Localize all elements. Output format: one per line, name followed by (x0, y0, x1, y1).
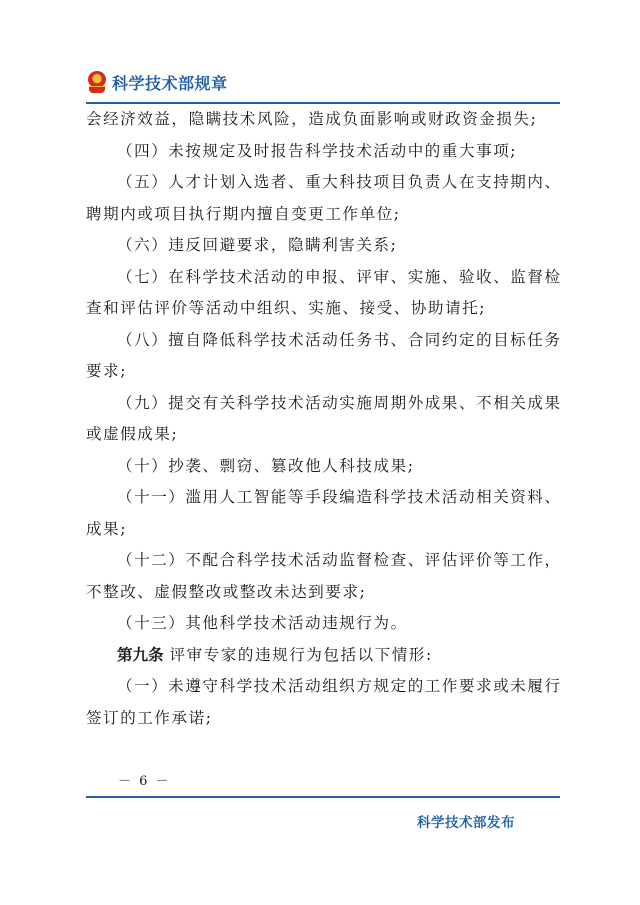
text-line: （八）擅自降低科学技术活动任务书、合同约定的目标任务 (86, 325, 562, 357)
text-line: 不整改、虚假整改或整改未达到要求; (86, 577, 562, 609)
text-line: （四）未按规定及时报告科学技术活动中的重大事项; (86, 136, 562, 168)
text-line: 聘期内或项目执行期内擅自变更工作单位; (86, 199, 562, 231)
document-header: 科学技术部规章 (86, 66, 228, 98)
text-line: 签订的工作承诺; (86, 703, 562, 735)
national-emblem-icon (86, 70, 108, 94)
text-line: （十一）滥用人工智能等手段编造科学技术活动相关资料、 (86, 482, 562, 514)
text-line: （六）违反回避要求，隐瞒利害关系; (86, 230, 562, 262)
text-line: （九）提交有关科学技术活动实施周期外成果、不相关成果 (86, 388, 562, 420)
text-line: 或虚假成果; (86, 419, 562, 451)
page-number: － 6 － (118, 770, 171, 789)
text-line: （十）抄袭、剽窃、篡改他人科技成果; (86, 451, 562, 483)
text-line: （一）未遵守科学技术活动组织方规定的工作要求或未履行 (86, 671, 562, 703)
header-title: 科学技术部规章 (112, 71, 228, 94)
text-line: 成果; (86, 514, 562, 546)
document-body: 会经济效益，隐瞒技术风险，造成负面影响或财政资金损失; （四）未按规定及时报告科… (86, 104, 562, 734)
text-line: （五）人才计划入选者、重大科技项目负责人在支持期内、 (86, 167, 562, 199)
text-line: （七）在科学技术活动的申报、评审、实施、验收、监督检 (86, 262, 562, 294)
text-line: 要求; (86, 356, 562, 388)
text-line: 会经济效益，隐瞒技术风险，造成负面影响或财政资金损失; (86, 104, 562, 136)
text-line: （十三）其他科学技术活动违规行为。 (86, 608, 562, 640)
publisher-footer: 科学技术部发布 (417, 811, 515, 831)
article-heading-line: 第九条评审专家的违规行为包括以下情形: (86, 640, 562, 672)
article-label: 第九条 (117, 646, 164, 664)
text-line: （十二）不配合科学技术活动监督检查、评估评价等工作， (86, 545, 562, 577)
text-line: 查和评估评价等活动中组织、实施、接受、协助请托; (86, 293, 562, 325)
footer-divider (86, 796, 560, 798)
article-text: 评审专家的违规行为包括以下情形: (170, 646, 433, 664)
